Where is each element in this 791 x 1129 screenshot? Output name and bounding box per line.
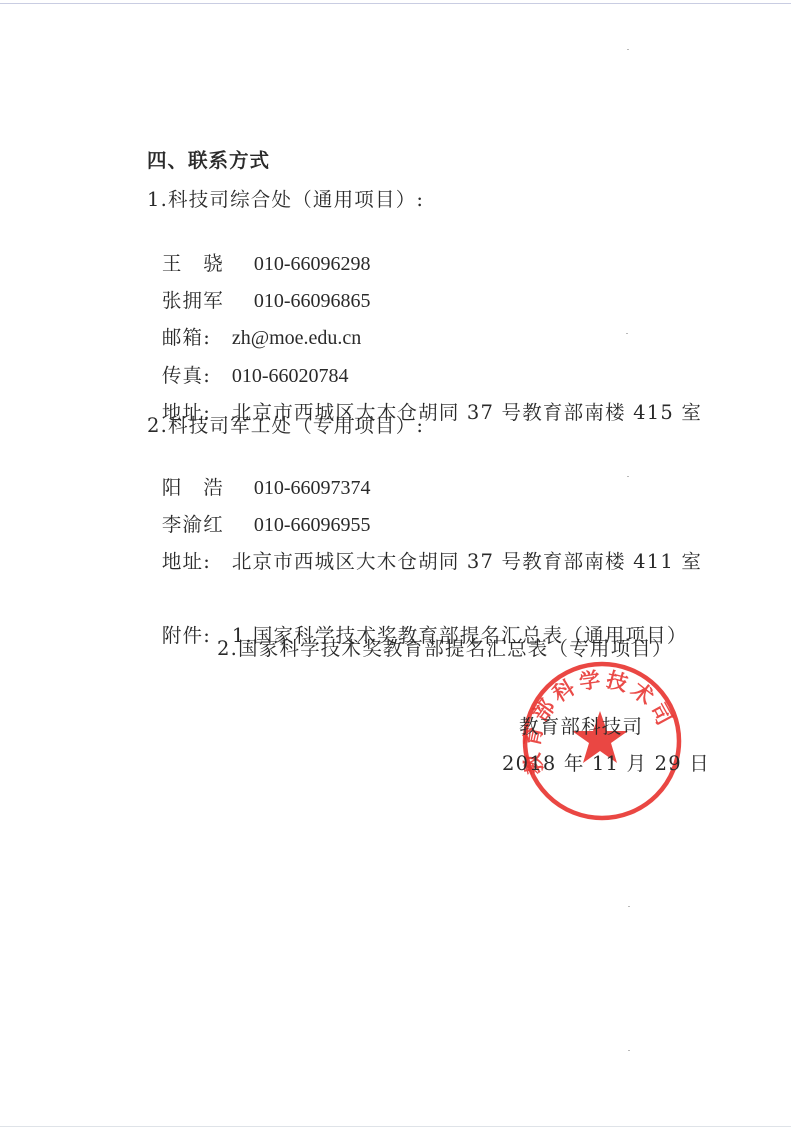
address-row: 地址:北京市西城区大木仓胡同 37 号教育部南楼 411 室	[147, 526, 702, 574]
scan-speck	[627, 49, 629, 50]
address-label: 地址:	[162, 550, 232, 574]
scan-speck	[628, 906, 630, 907]
official-seal-icon: 教育部科学技术司	[520, 659, 684, 823]
scan-bottom-edge	[0, 1126, 791, 1127]
department-2-title: 2.科技司军工处（专用项目）:	[147, 414, 424, 438]
address-value: 北京市西城区大木仓胡同 37 号教育部南楼 411 室	[232, 550, 702, 573]
scan-speck	[626, 333, 628, 334]
attachment-item: 2.国家科学技术奖教育部提名汇总表（专用项目）	[217, 637, 673, 661]
issuer-name: 教育部科技司	[519, 711, 643, 739]
issue-date: 2018 年 11 月 29 日	[502, 748, 710, 776]
section-heading: 四、联系方式	[147, 149, 270, 173]
department-1-title: 1.科技司综合处（通用项目）:	[147, 188, 424, 212]
scan-speck	[628, 1050, 630, 1051]
scan-top-edge	[0, 3, 791, 4]
scan-speck	[627, 476, 629, 477]
